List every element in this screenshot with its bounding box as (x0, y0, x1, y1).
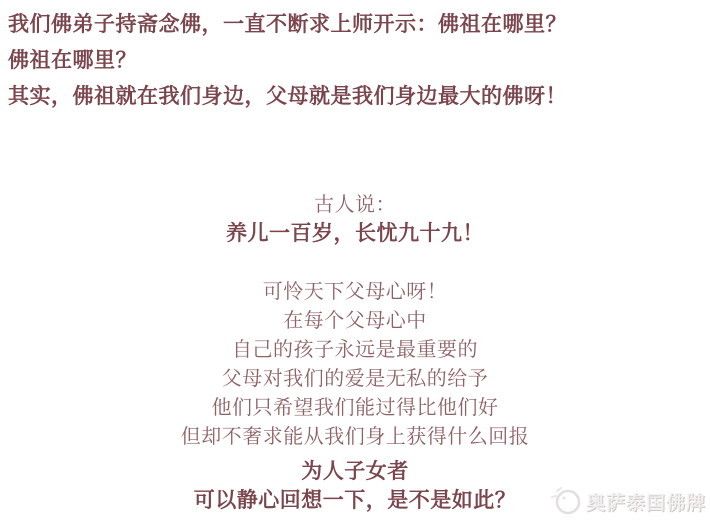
intro-line-3: 其实，佛祖就在我们身边，父母就是我们身边最大的佛呀！ (8, 79, 704, 115)
quote-lead: 古人说： (0, 191, 710, 219)
amulet-circle-logo-icon (549, 485, 583, 517)
verse-line-1: 可怜天下父母心呀！ (0, 278, 710, 307)
quote-saying: 养儿一百岁，长忧九十九！ (0, 219, 710, 249)
verse-line-2: 在每个父母心中 (0, 307, 710, 336)
verse-line-5: 他们只希望我们能过得比他们好 (0, 394, 710, 423)
verse-line-6: 但却不奢求能从我们身上获得什么回报 (0, 423, 710, 452)
intro-paragraph: 我们佛弟子持斋念佛，一直不断求上师开示：佛祖在哪里？ 佛祖在哪里？ 其实，佛祖就… (8, 7, 704, 115)
intro-line-2: 佛祖在哪里？ (8, 43, 704, 79)
intro-line-1: 我们佛弟子持斋念佛，一直不断求上师开示：佛祖在哪里？ (8, 7, 704, 43)
verse-line-4: 父母对我们的爱是无私的给予 (0, 365, 710, 394)
closing-line-1: 为人子女者 (0, 457, 710, 486)
verse-line-3: 自己的孩子永远是最重要的 (0, 336, 710, 365)
article-page: { "colors": { "page_bg": "#ffffff", "hea… (0, 0, 710, 529)
watermark: 奥萨泰国佛牌 (549, 485, 706, 517)
verse-paragraph: 可怜天下父母心呀！ 在每个父母心中 自己的孩子永远是最重要的 父母对我们的爱是无… (0, 278, 710, 452)
quote-section: 古人说： 养儿一百岁，长忧九十九！ (0, 191, 710, 249)
watermark-label: 奥萨泰国佛牌 (586, 488, 706, 515)
